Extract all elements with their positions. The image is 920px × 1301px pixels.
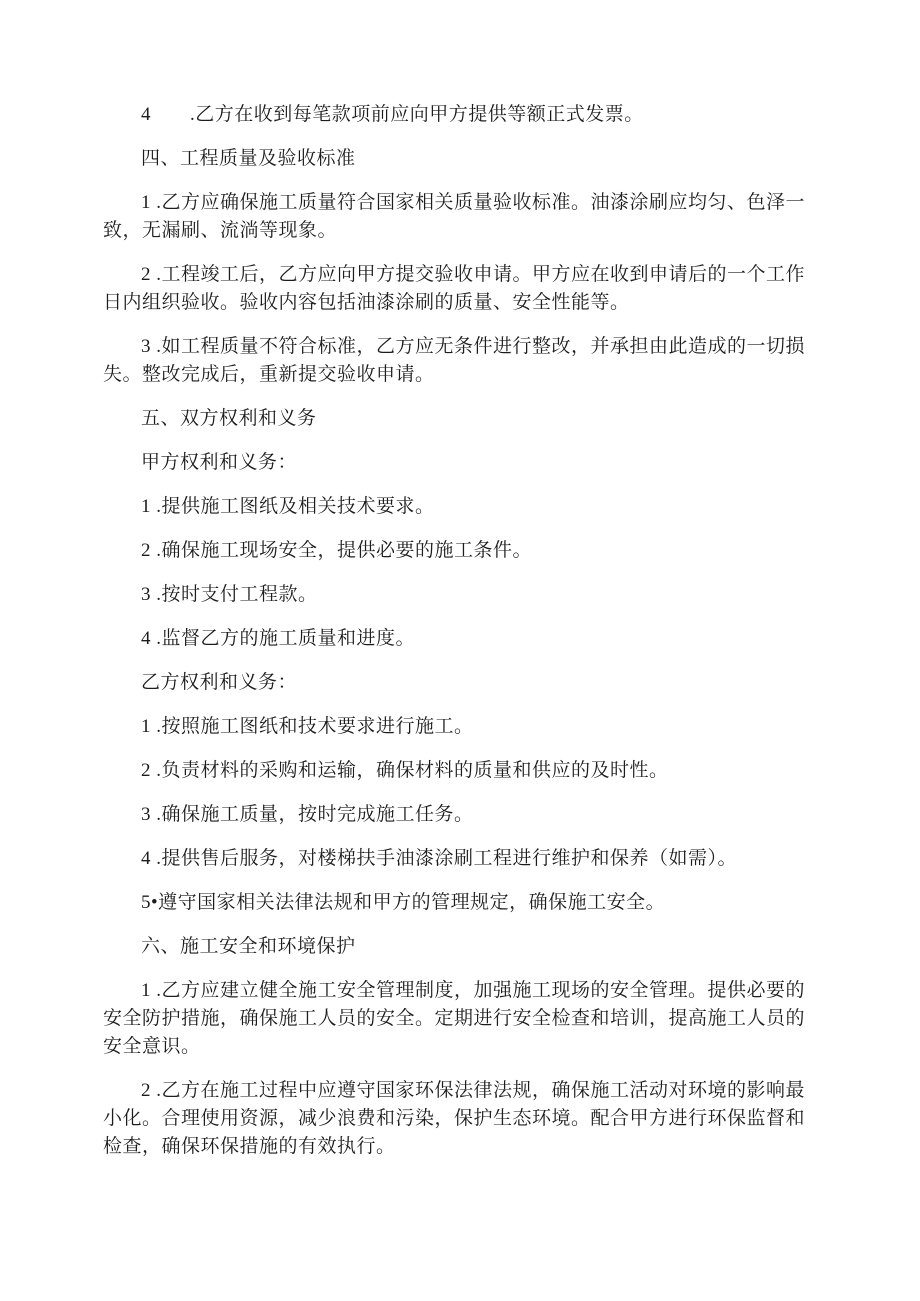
- party-b-item-4: 4 .提供售后服务，对楼梯扶手油漆涂刷工程进行维护和保养（如需）。: [103, 845, 805, 873]
- clause-quality-1: 1 .乙方应确保施工质量符合国家相关质量验收标准。油漆涂刷应均匀、色泽一致，无漏…: [103, 189, 805, 245]
- section-heading-quality-acceptance: 四、工程质量及验收标准: [103, 145, 805, 173]
- party-a-item-3: 3 .按时支付工程款。: [103, 581, 805, 609]
- subheading-party-b-rights: 乙方权利和义务：: [103, 669, 805, 697]
- section-heading-rights-obligations: 五、双方权利和义务: [103, 405, 805, 433]
- clause-quality-2: 2 .工程竣工后，乙方应向甲方提交验收申请。甲方应在收到申请后的一个工作日内组织…: [103, 261, 805, 317]
- party-a-item-2: 2 .确保施工现场安全，提供必要的施工条件。: [103, 537, 805, 565]
- party-a-item-4: 4 .监督乙方的施工质量和进度。: [103, 625, 805, 653]
- party-a-item-1: 1 .提供施工图纸及相关技术要求。: [103, 493, 805, 521]
- section-heading-safety-environment: 六、施工安全和环境保护: [103, 933, 805, 961]
- party-b-item-1: 1 .按照施工图纸和技术要求进行施工。: [103, 713, 805, 741]
- clause-payment-invoice: 4 .乙方在收到每笔款项前应向甲方提供等额正式发票。: [103, 101, 805, 129]
- party-b-item-5: 5•遵守国家相关法律法规和甲方的管理规定，确保施工安全。: [103, 889, 805, 917]
- party-b-item-2: 2 .负责材料的采购和运输，确保材料的质量和供应的及时性。: [103, 757, 805, 785]
- party-b-item-3: 3 .确保施工质量，按时完成施工任务。: [103, 801, 805, 829]
- document-body: 4 .乙方在收到每笔款项前应向甲方提供等额正式发票。 四、工程质量及验收标准 1…: [103, 101, 805, 1161]
- clause-safety-1: 1 .乙方应建立健全施工安全管理制度，加强施工现场的安全管理。提供必要的安全防护…: [103, 977, 805, 1061]
- clause-quality-3: 3 .如工程质量不符合标准，乙方应无条件进行整改，并承担由此造成的一切损失。整改…: [103, 333, 805, 389]
- clause-environment-2: 2 .乙方在施工过程中应遵守国家环保法律法规，确保施工活动对环境的影响最小化。合…: [103, 1077, 805, 1161]
- document-page: 4 .乙方在收到每笔款项前应向甲方提供等额正式发票。 四、工程质量及验收标准 1…: [0, 0, 920, 1301]
- subheading-party-a-rights: 甲方权利和义务：: [103, 449, 805, 477]
